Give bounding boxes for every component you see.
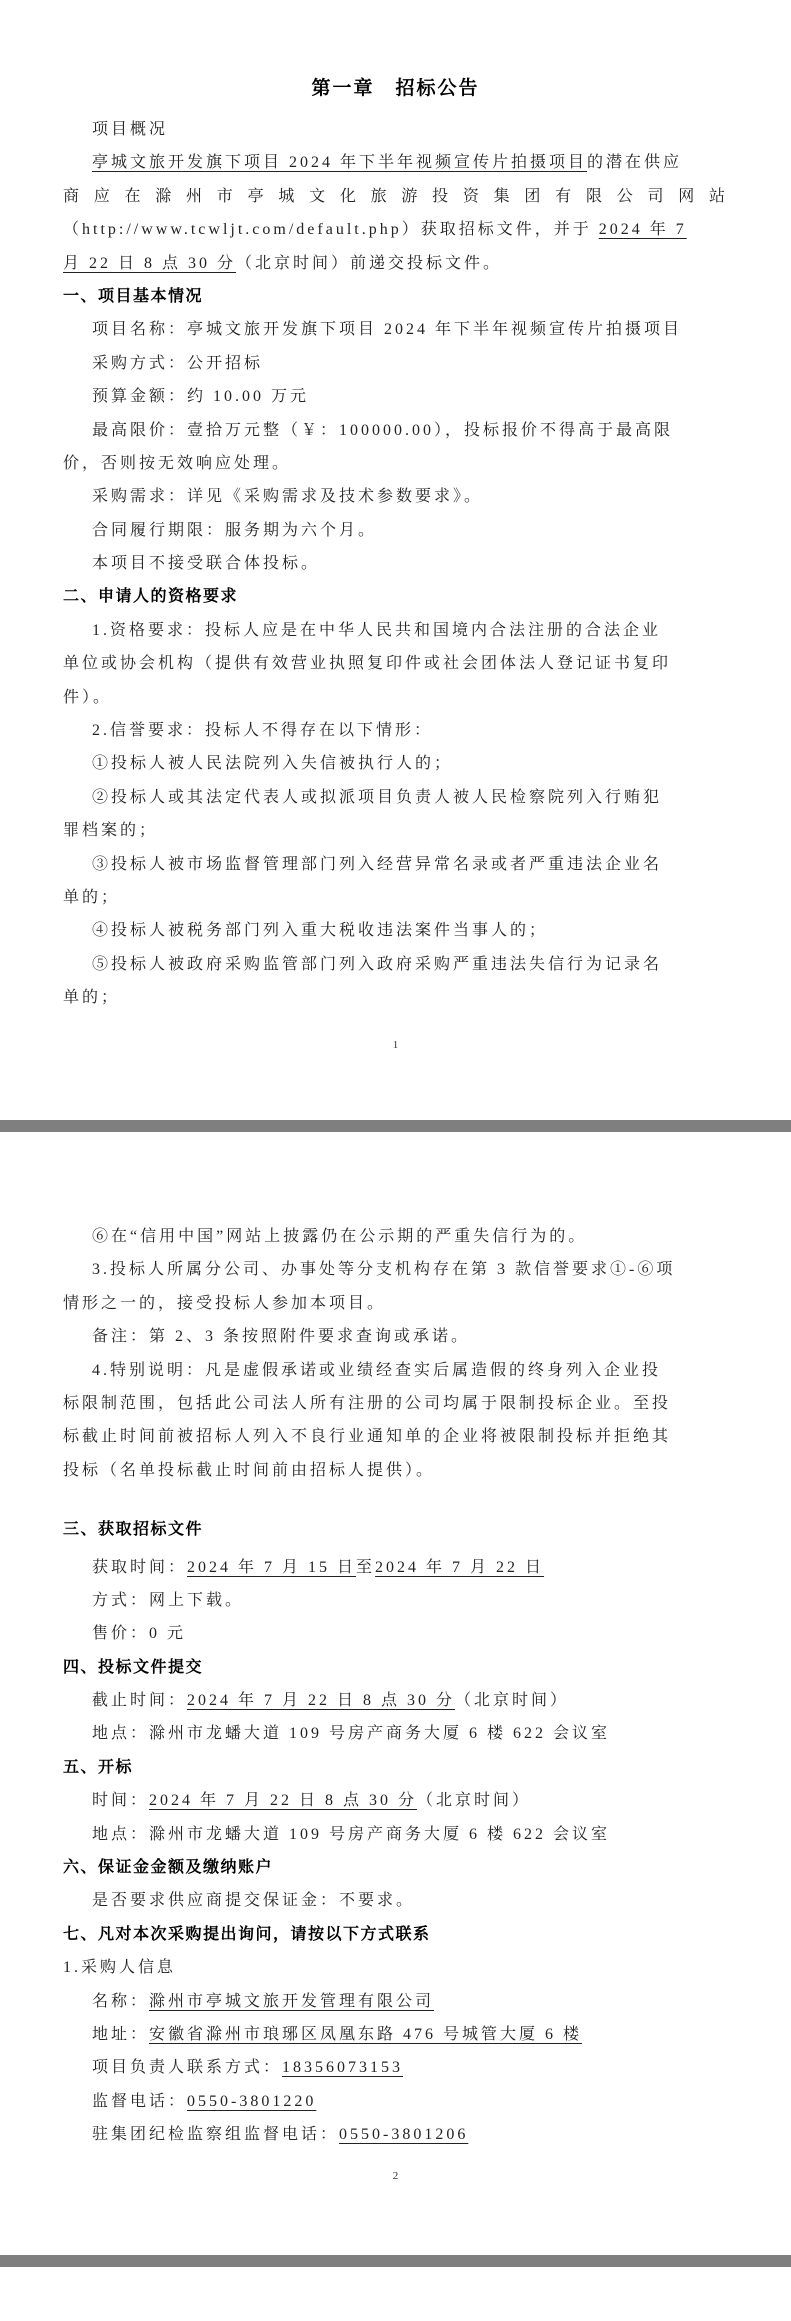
underlined-text: 亭城文旅开发旗下项目 2024 年下半年视频宣传片拍摄项目: [92, 154, 587, 171]
text-segment: （北京时间）: [455, 1692, 569, 1709]
page-separator-2: [0, 2255, 791, 2267]
underlined-text: 2024 年 7 月 22 日 8 点 30 分: [187, 1692, 455, 1709]
text-line: 获取时间：2024 年 7 月 15 日至2024 年 7 月 22 日: [63, 1551, 728, 1584]
text-segment: ⑤投标人被政府采购监管部门列入政府采购严重违法失信行为记录名: [92, 956, 662, 973]
text-line: （http://www.tcwljt.com/default.php）获取招标文…: [63, 213, 728, 246]
text-segment: 2.信誉要求：投标人不得存在以下情形：: [92, 722, 433, 739]
text-segment: 地点：滁州市龙蟠大道 109 号房产商务大厦 6 楼 622 会议室: [92, 1826, 610, 1843]
page-separator: [0, 1120, 791, 1132]
text-line: 项目名称：亭城文旅开发旗下项目 2024 年下半年视频宣传片拍摄项目: [63, 313, 728, 346]
text-line: 最高限价：壹拾万元整（￥：100000.00），投标报价不得高于最高限: [63, 414, 728, 447]
text-segment: 驻集团纪检监察组监督电话：: [92, 2126, 339, 2143]
text-line: ④投标人被税务部门列入重大税收违法案件当事人的；: [63, 914, 728, 947]
text-segment: 获取时间：: [92, 1559, 187, 1576]
text-line: 地点：滁州市龙蟠大道 109 号房产商务大厦 6 楼 622 会议室: [63, 1818, 728, 1851]
text-segment: 五、开标: [63, 1759, 133, 1776]
text-segment: 七、凡对本次采购提出询问，请按以下方式联系: [63, 1926, 431, 1943]
text-line: 本项目不接受联合体投标。: [63, 547, 728, 580]
text-segment: 三、获取招标文件: [63, 1521, 203, 1538]
text-segment: ①投标人被人民法院列入失信被执行人的；: [92, 755, 453, 772]
underlined-text: 月 22 日 8 点 30 分: [63, 255, 236, 272]
text-segment: 名称：: [92, 1993, 149, 2010]
section-heading: 一、项目基本情况: [63, 280, 728, 313]
text-segment: ⑥在“信用中国”网站上披露仍在公示期的严重失信行为的。: [92, 1228, 587, 1245]
text-segment: 截止时间：: [92, 1692, 187, 1709]
text-line: 亭城文旅开发旗下项目 2024 年下半年视频宣传片拍摄项目的潜在供应: [63, 146, 728, 179]
text-line: 3.投标人所属分公司、办事处等分支机构存在第 3 款信誉要求①-⑥项: [63, 1253, 728, 1286]
text-line: 单的；: [63, 981, 728, 1014]
text-line: 情形之一的，接受投标人参加本项目。: [63, 1287, 728, 1320]
text-line: 1.资格要求：投标人应是在中华人民共和国境内合法注册的合法企业: [63, 614, 728, 647]
text-segment: （北京时间）前递交投标文件。: [236, 255, 502, 272]
text-segment: 最高限价：壹拾万元整（￥：100000.00），投标报价不得高于最高限: [92, 422, 673, 439]
text-line: 售价：0 元: [63, 1617, 728, 1650]
text-segment: 1.采购人信息: [63, 1959, 176, 1976]
text-line: 单的；: [63, 881, 728, 914]
text-segment: 单的；: [63, 889, 120, 906]
text-segment: 四、投标文件提交: [63, 1659, 203, 1676]
text-segment: （北京时间）: [417, 1792, 531, 1809]
text-segment: 3.投标人所属分公司、办事处等分支机构存在第 3 款信誉要求①-⑥项: [92, 1261, 675, 1278]
text-segment: 投标（名单投标截止时间前由招标人提供）。: [63, 1462, 435, 1479]
text-line: 商应在滁州市亭城文化旅游投资集团有限公司网站: [63, 180, 728, 213]
text-segment: 至: [356, 1559, 375, 1576]
text-segment: 合同履行期限：服务期为六个月。: [92, 522, 377, 539]
text-line: ①投标人被人民法院列入失信被执行人的；: [63, 747, 728, 780]
text-line: 4.特别说明：凡是虚假承诺或业绩经查实后属造假的终身列入企业投: [63, 1354, 728, 1387]
underlined-text: 2024 年 7 月 15 日: [187, 1559, 356, 1576]
underlined-text: 18356073153: [282, 2059, 403, 2076]
text-line: 地址：安徽省滁州市琅琊区凤凰东路 476 号城管大厦 6 楼: [63, 2018, 728, 2051]
text-segment: 单位或协会机构（提供有效营业执照复印件或社会团体法人登记证书复印: [63, 655, 671, 672]
page-3-top: [0, 2267, 791, 2321]
text-line: ②投标人或其法定代表人或拟派项目负责人被人民检察院列入行贿犯: [63, 781, 728, 814]
text-segment: 方式：网上下载。: [92, 1592, 244, 1609]
text-line: 是否要求供应商提交保证金：不要求。: [63, 1884, 728, 1917]
document-title: 第一章 招标公告: [63, 72, 728, 105]
text-segment: 4.特别说明：凡是虚假承诺或业绩经查实后属造假的终身列入企业投: [92, 1362, 661, 1379]
text-line: 件）。: [63, 681, 728, 714]
text-segment: 商应在滁州市亭城文化旅游投资集团有限公司网站: [63, 188, 728, 205]
text-line: ⑥在“信用中国”网站上披露仍在公示期的严重失信行为的。: [63, 1220, 728, 1253]
section-heading: 五、开标: [63, 1751, 728, 1784]
text-line: 罪档案的；: [63, 814, 728, 847]
text-segment: 采购需求：详见《采购需求及技术参数要求》。: [92, 488, 483, 505]
text-line: 标限制范围，包括此公司法人所有注册的公司均属于限制投标企业。至投: [63, 1387, 728, 1420]
underlined-text: 2024 年 7 月 22 日: [375, 1559, 544, 1576]
text-line: 采购需求：详见《采购需求及技术参数要求》。: [63, 480, 728, 513]
text-line: 驻集团纪检监察组监督电话：0550-3801206: [63, 2118, 728, 2151]
text-segment: 标限制范围，包括此公司法人所有注册的公司均属于限制投标企业。至投: [63, 1395, 671, 1412]
section-heading: 六、保证金金额及缴纳账户: [63, 1851, 728, 1884]
text-segment: 项目名称：亭城文旅开发旗下项目 2024 年下半年视频宣传片拍摄项目: [92, 321, 682, 338]
text-line: 合同履行期限：服务期为六个月。: [63, 514, 728, 547]
text-line: 1.采购人信息: [63, 1951, 728, 1984]
underlined-text: 2024 年 7 月 22 日 8 点 30 分: [149, 1792, 417, 1809]
underlined-text: 2024 年 7: [599, 221, 687, 238]
text-segment: 罪档案的；: [63, 822, 158, 839]
page-1: 第一章 招标公告 项目概况亭城文旅开发旗下项目 2024 年下半年视频宣传片拍摄…: [0, 0, 791, 1120]
text-segment: 价，否则按无效响应处理。: [63, 455, 291, 472]
text-segment: 是否要求供应商提交保证金：不要求。: [92, 1892, 415, 1909]
text-segment: 项目概况: [92, 121, 168, 138]
underlined-text: 安徽省滁州市琅琊区凤凰东路 476 号城管大厦 6 楼: [149, 2026, 582, 2043]
text-line: 采购方式：公开招标: [63, 347, 728, 380]
underlined-text: 0550-3801220: [187, 2093, 316, 2110]
text-line: 方式：网上下载。: [63, 1584, 728, 1617]
text-line: 项目负责人联系方式：18356073153: [63, 2051, 728, 2084]
page-2-content: ⑥在“信用中国”网站上披露仍在公示期的严重失信行为的。3.投标人所属分公司、办事…: [63, 1132, 728, 2152]
text-line: 预算金额：约 10.00 万元: [63, 380, 728, 413]
text-segment: 的潜在供应: [587, 154, 682, 171]
text-line: 地点：滁州市龙蟠大道 109 号房产商务大厦 6 楼 622 会议室: [63, 1717, 728, 1750]
text-line: 截止时间：2024 年 7 月 22 日 8 点 30 分（北京时间）: [63, 1684, 728, 1717]
text-segment: 单的；: [63, 989, 120, 1006]
text-segment: 地点：滁州市龙蟠大道 109 号房产商务大厦 6 楼 622 会议室: [92, 1725, 610, 1742]
text-line: 标截止时间前被招标人列入不良行业通知单的企业将被限制投标并拒绝其: [63, 1420, 728, 1453]
text-line: 2.信誉要求：投标人不得存在以下情形：: [63, 714, 728, 747]
underlined-text: 滁州市亭城文旅开发管理有限公司: [149, 1993, 434, 2010]
text-segment: 预算金额：约 10.00 万元: [92, 388, 309, 405]
text-line: 月 22 日 8 点 30 分（北京时间）前递交投标文件。: [63, 247, 728, 280]
text-segment: 项目负责人联系方式：: [92, 2059, 282, 2076]
text-segment: （http://www.tcwljt.com/default.php）获取招标文…: [63, 221, 599, 238]
document-viewport[interactable]: 第一章 招标公告 项目概况亭城文旅开发旗下项目 2024 年下半年视频宣传片拍摄…: [0, 0, 791, 2321]
text-segment: 时间：: [92, 1792, 149, 1809]
text-segment: ③投标人被市场监督管理部门列入经营异常名录或者严重违法企业名: [92, 856, 662, 873]
text-line: ⑤投标人被政府采购监管部门列入政府采购严重违法失信行为记录名: [63, 948, 728, 981]
text-segment: 1.资格要求：投标人应是在中华人民共和国境内合法注册的合法企业: [92, 622, 661, 639]
text-line: 单位或协会机构（提供有效营业执照复印件或社会团体法人登记证书复印: [63, 647, 728, 680]
text-segment: ②投标人或其法定代表人或拟派项目负责人被人民检察院列入行贿犯: [92, 789, 662, 806]
section-heading: 三、获取招标文件: [63, 1513, 728, 1546]
text-segment: 售价：0 元: [92, 1625, 186, 1642]
text-segment: 监督电话：: [92, 2093, 187, 2110]
page-number: 1: [63, 1035, 728, 1055]
text-line: 备注：第 2、3 条按照附件要求查询或承诺。: [63, 1320, 728, 1353]
text-segment: 六、保证金金额及缴纳账户: [63, 1859, 273, 1876]
text-line: 项目概况: [63, 113, 728, 146]
text-segment: 件）。: [63, 689, 112, 706]
underlined-text: 0550-3801206: [339, 2126, 468, 2143]
text-segment: 情形之一的，接受投标人参加本项目。: [63, 1295, 386, 1312]
section-heading: 七、凡对本次采购提出询问，请按以下方式联系: [63, 1918, 728, 1951]
text-segment: 采购方式：公开招标: [92, 355, 263, 372]
text-line: ③投标人被市场监督管理部门列入经营异常名录或者严重违法企业名: [63, 848, 728, 881]
text-segment: 本项目不接受联合体投标。: [92, 555, 320, 572]
text-line: 投标（名单投标截止时间前由招标人提供）。: [63, 1454, 728, 1487]
text-line: 价，否则按无效响应处理。: [63, 447, 728, 480]
page-1-content: 项目概况亭城文旅开发旗下项目 2024 年下半年视频宣传片拍摄项目的潜在供应商应…: [63, 113, 728, 1015]
page-2: ⑥在“信用中国”网站上披露仍在公示期的严重失信行为的。3.投标人所属分公司、办事…: [0, 1132, 791, 2255]
section-heading: 二、申请人的资格要求: [63, 580, 728, 613]
text-segment: 地址：: [92, 2026, 149, 2043]
text-line: 名称：滁州市亭城文旅开发管理有限公司: [63, 1985, 728, 2018]
text-line: 时间：2024 年 7 月 22 日 8 点 30 分（北京时间）: [63, 1784, 728, 1817]
section-heading: 四、投标文件提交: [63, 1651, 728, 1684]
text-segment: 一、项目基本情况: [63, 288, 203, 305]
page-number: 2: [63, 2166, 728, 2186]
text-line: 监督电话：0550-3801220: [63, 2085, 728, 2118]
text-segment: ④投标人被税务部门列入重大税收违法案件当事人的；: [92, 922, 548, 939]
text-segment: 备注：第 2、3 条按照附件要求查询或承诺。: [92, 1328, 470, 1345]
text-segment: 标截止时间前被招标人列入不良行业通知单的企业将被限制投标并拒绝其: [63, 1428, 671, 1445]
text-segment: 二、申请人的资格要求: [63, 588, 238, 605]
